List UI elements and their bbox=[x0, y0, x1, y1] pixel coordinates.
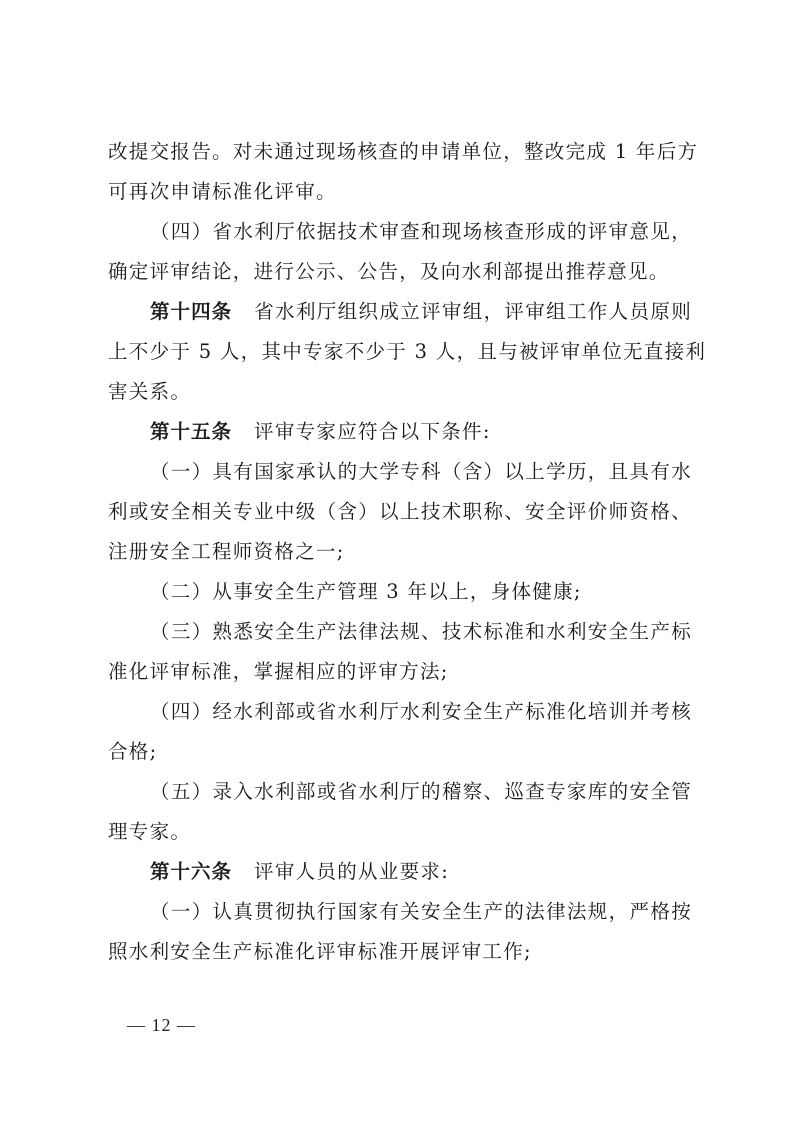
article-16-first-line: 第十六条评审人员的从业要求: bbox=[108, 852, 692, 892]
document-page: 改提交报告。对未通过现场核查的申请单位，整改完成 1 年后方 可再次申请标准化评… bbox=[0, 0, 794, 1123]
text-line: 照水利安全生产标准化评审标准开展评审工作; bbox=[108, 932, 692, 972]
text-line: 理专家。 bbox=[108, 812, 692, 852]
page-number: — 12 — bbox=[127, 1015, 196, 1036]
text-line: 上不少于 5 人，其中专家不少于 3 人，且与被评审单位无直接利 bbox=[108, 332, 692, 372]
text-segment: 省水利厅组织成立评审组，评审组工作人员原则 bbox=[254, 300, 692, 323]
article-heading: 第十四条 bbox=[150, 300, 232, 323]
text-segment: 评审人员的从业要求: bbox=[254, 860, 449, 883]
text-line: 利或安全相关专业中级（含）以上技术职称、安全评价师资格、 bbox=[108, 492, 692, 532]
text-line: （四）省水利厅依据技术审查和现场核查形成的评审意见， bbox=[108, 212, 692, 252]
document-body: 改提交报告。对未通过现场核查的申请单位，整改完成 1 年后方 可再次申请标准化评… bbox=[108, 132, 692, 972]
text-line: （五）录入水利部或省水利厅的稽察、巡查专家库的安全管 bbox=[108, 772, 692, 812]
text-segment: 评审专家应符合以下条件: bbox=[254, 420, 491, 443]
text-line: 害关系。 bbox=[108, 372, 692, 412]
text-line: （一）认真贯彻执行国家有关安全生产的法律法规，严格按 bbox=[108, 892, 692, 932]
text-line: （二）从事安全生产管理 3 年以上，身体健康; bbox=[108, 572, 692, 612]
text-line: 合格; bbox=[108, 732, 692, 772]
text-line: （一）具有国家承认的大学专科（含）以上学历，且具有水 bbox=[108, 452, 692, 492]
text-line: （三）熟悉安全生产法律法规、技术标准和水利安全生产标 bbox=[108, 612, 692, 652]
text-line: 可再次申请标准化评审。 bbox=[108, 172, 692, 212]
text-line: 注册安全工程师资格之一; bbox=[108, 532, 692, 572]
article-14-first-line: 第十四条省水利厅组织成立评审组，评审组工作人员原则 bbox=[108, 292, 692, 332]
article-heading: 第十六条 bbox=[150, 860, 232, 883]
article-15-first-line: 第十五条评审专家应符合以下条件: bbox=[108, 412, 692, 452]
text-line: 确定评审结论，进行公示、公告，及向水利部提出推荐意见。 bbox=[108, 252, 692, 292]
text-line: 准化评审标准，掌握相应的评审方法; bbox=[108, 652, 692, 692]
article-heading: 第十五条 bbox=[150, 420, 232, 443]
text-line: （四）经水利部或省水利厅水利安全生产标准化培训并考核 bbox=[108, 692, 692, 732]
text-line: 改提交报告。对未通过现场核查的申请单位，整改完成 1 年后方 bbox=[108, 132, 692, 172]
